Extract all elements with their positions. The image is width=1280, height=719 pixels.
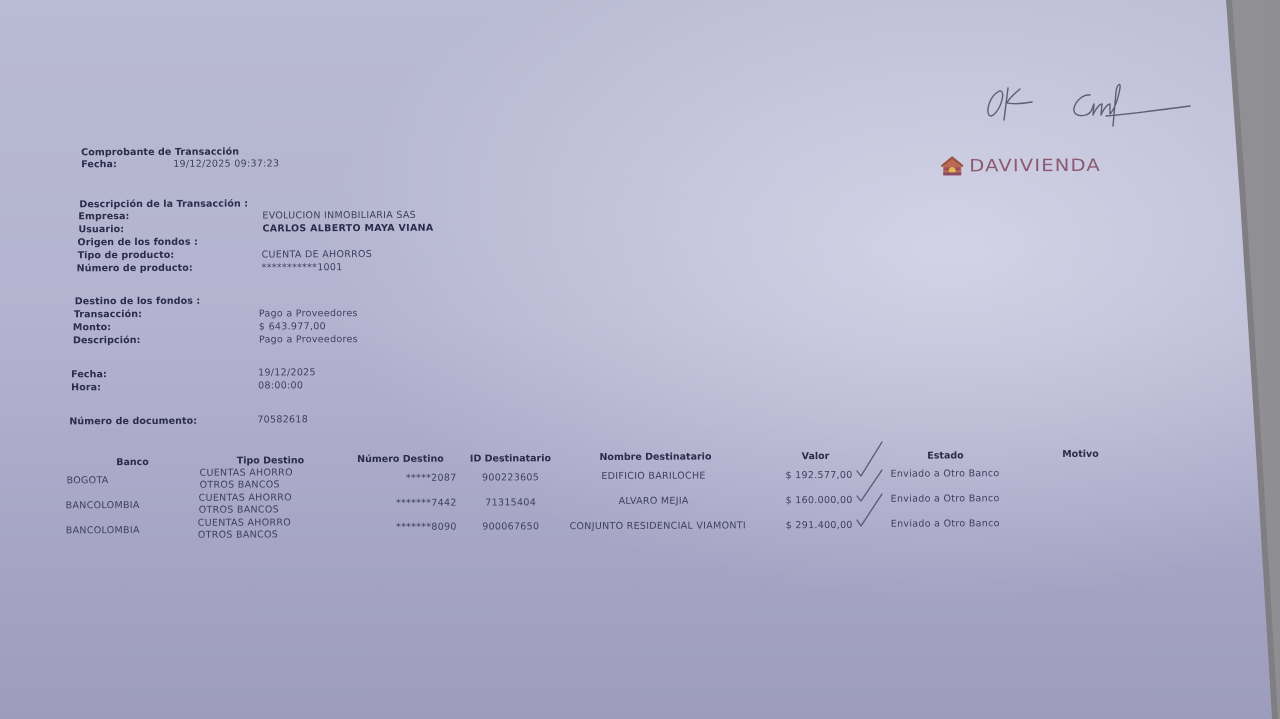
document-number-label: Número de documento:	[69, 416, 197, 428]
cell-tipo-destino-line2: OTROS BANCOS	[198, 529, 278, 541]
field-label-monto: Monto:	[73, 322, 111, 333]
cell-id-destinatario: 900067650	[469, 521, 553, 533]
cell-tipo-destino-line1: CUENTAS AHORRO	[198, 517, 291, 529]
receipt-date-value: 19/12/2025 09:37:23	[173, 158, 279, 169]
cell-tipo-destino-line2: OTROS BANCOS	[200, 479, 280, 491]
cell-tipo-destino-line1: CUENTAS AHORRO	[200, 467, 293, 479]
field-value-monto: $ 643.977,00	[259, 321, 326, 332]
receipt-date-label: Fecha:	[81, 159, 117, 170]
col-header-banco: Banco	[100, 457, 164, 468]
field-value-tipo-producto: CUENTA DE AHORROS	[262, 249, 373, 260]
cell-nombre-destinatario: CONJUNTO RESIDENCIAL VIAMONTI	[563, 520, 753, 533]
field-label-hora: Hora:	[71, 382, 101, 393]
cell-banco: BANCOLOMBIA	[66, 500, 140, 512]
field-label-tipo-producto: Tipo de producto:	[78, 250, 175, 261]
cell-numero-destino: *******7442	[357, 498, 457, 510]
col-header-id-destinatario: ID Destinatario	[460, 453, 560, 464]
field-value-hora: 08:00:00	[258, 380, 303, 391]
cell-nombre-destinatario: EDIFICIO BARILOCHE	[569, 470, 739, 483]
receipt-title: Comprobante de Transacción	[81, 147, 239, 159]
cell-nombre-destinatario: ALVARO MEJIA	[569, 495, 739, 508]
field-value-numero-producto: ***********1001	[262, 262, 343, 273]
col-header-motivo: Motivo	[1050, 449, 1110, 460]
col-header-nombre-destinatario: Nombre Destinatario	[590, 451, 720, 463]
cell-valor: $ 192.577,00	[771, 470, 853, 482]
field-value-transaccion: Pago a Proveedores	[259, 308, 358, 319]
cell-valor: $ 291.400,00	[771, 520, 853, 532]
cell-tipo-destino-line1: CUENTAS AHORRO	[199, 492, 292, 504]
col-header-estado: Estado	[910, 450, 980, 461]
field-value-usuario: CARLOS ALBERTO MAYA VIANA	[262, 223, 433, 235]
cell-banco: BANCOLOMBIA	[66, 525, 140, 537]
transaction-receipt: Comprobante de Transacción Fecha: 19/12/…	[0, 0, 1280, 719]
field-value-fecha: 19/12/2025	[258, 367, 316, 378]
house-icon	[941, 156, 963, 176]
col-header-tipo-destino: Tipo Destino	[220, 455, 320, 466]
field-label-numero-producto: Número de producto:	[77, 263, 193, 275]
destination-heading: Destino de los fondos :	[75, 296, 201, 308]
cell-estado: Enviado a Otro Banco	[891, 518, 1000, 530]
bank-name: DAVIVIENDA	[969, 156, 1101, 177]
field-label-fecha: Fecha:	[71, 369, 107, 380]
cell-numero-destino: *******8090	[357, 522, 457, 534]
col-header-valor: Valor	[790, 451, 840, 462]
document-number-value: 70582618	[257, 414, 308, 425]
field-value-empresa: EVOLUCION INMOBILIARIA SAS	[262, 210, 416, 222]
field-label-usuario: Usuario:	[78, 224, 124, 235]
cell-numero-destino: *****2087	[357, 473, 457, 485]
field-label-transaccion: Transacción:	[74, 309, 142, 320]
field-value-descripcion: Pago a Proveedores	[259, 334, 358, 345]
field-label-empresa: Empresa:	[78, 211, 129, 222]
col-header-numero-destino: Número Destino	[350, 454, 450, 465]
davivienda-logo: DAVIVIENDA	[941, 156, 1084, 177]
cell-id-destinatario: 71315404	[469, 497, 553, 509]
cell-valor: $ 160.000,00	[771, 495, 853, 507]
cell-estado: Enviado a Otro Banco	[891, 468, 1000, 480]
cell-banco: BOGOTA	[67, 475, 109, 487]
cell-tipo-destino-line2: OTROS BANCOS	[199, 504, 279, 516]
cell-estado: Enviado a Otro Banco	[891, 493, 1000, 505]
field-label-origen: Origen de los fondos :	[78, 237, 198, 249]
cell-id-destinatario: 900223605	[469, 472, 553, 484]
field-label-descripcion: Descripción:	[73, 335, 141, 346]
description-heading: Descripción de la Transacción :	[79, 199, 248, 211]
